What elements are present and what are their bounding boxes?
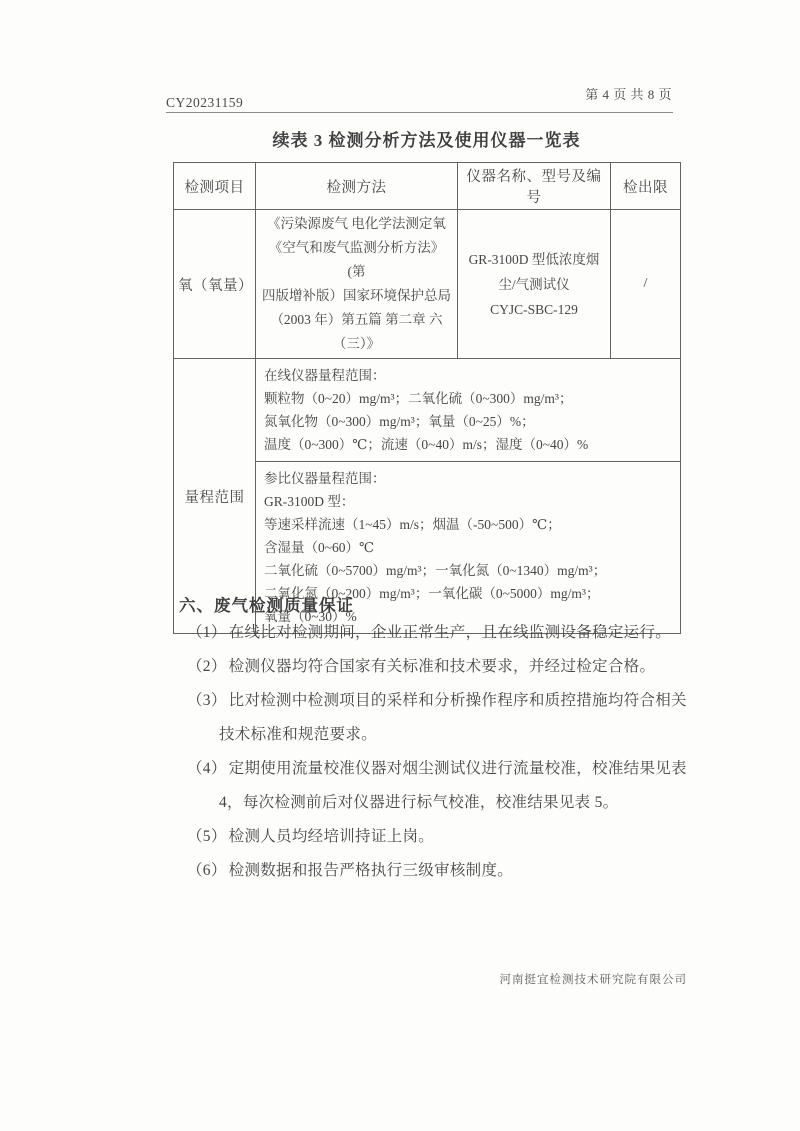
table-title: 续表 3 检测分析方法及使用仪器一览表 [173,126,680,151]
instrument-table-wrapper: 检测项目 检测方法 仪器名称、型号及编号 检出限 氧（氧量） 《污染源废气 电化… [173,162,681,634]
qa-list-item-2: （2）检测仪器均符合国家有关标准和技术要求，并经过检定合格。 [187,650,701,684]
item-text: 在线比对检测期间，企业正常生产，且在线监测设备稳定运行。 [229,624,671,641]
column-header-test-method: 检测方法 [256,163,458,210]
test-item-cell: 氧（氧量） [174,210,256,359]
item-number: （2） [187,658,227,675]
test-method-cell: 《污染源废气 电化学法测定氧 《空气和废气监测分析方法》(第 四版增补版）国家环… [256,210,458,359]
item-number: （6） [187,862,227,879]
item-text: 检测仪器均符合国家有关标准和技术要求，并经过检定合格。 [229,658,656,675]
item-text: 检测人员均经培训持证上岗。 [229,828,434,845]
table-row-oxygen: 氧（氧量） 《污染源废气 电化学法测定氧 《空气和废气监测分析方法》(第 四版增… [174,210,681,359]
item-number: （4） [187,760,227,777]
item-number: （5） [187,828,227,845]
instrument-cell: GR-3100D 型低浓度烟 尘/气测试仪 CYJC-SBC-129 [458,210,611,359]
qa-list-item-4: （4）定期使用流量校准仪器对烟尘测试仪进行流量校准，校准结果见表 4，每次检测前… [187,752,701,820]
page-indicator: 第 4 页 共 8 页 [166,84,672,103]
qa-list-item-5: （5）检测人员均经培训持证上岗。 [187,820,701,854]
table-header-row: 检测项目 检测方法 仪器名称、型号及编号 检出限 [174,163,681,210]
column-header-instrument: 仪器名称、型号及编号 [458,163,611,210]
header-divider [166,112,673,113]
online-range-cell: 在线仪器量程范围： 颗粒物（0~20）mg/m³；二氧化硫（0~300）mg/m… [256,359,681,462]
item-text: 检测数据和报告严格执行三级审核制度。 [229,862,513,879]
item-text: 比对检测中检测项目的采样和分析操作程序和质控措施均符合相关技术标准和规范要求。 [219,692,687,743]
company-footer: 河南挺宜检测技术研究院有限公司 [173,971,687,987]
qa-list: （1）在线比对检测期间，企业正常生产，且在线监测设备稳定运行。 （2）检测仪器均… [187,616,701,888]
qa-list-item-3: （3）比对检测中检测项目的采样和分析操作程序和质控措施均符合相关技术标准和规范要… [187,684,701,752]
column-header-test-item: 检测项目 [174,163,256,210]
detection-limit-cell: / [611,210,681,359]
item-text: 定期使用流量校准仪器对烟尘测试仪进行流量校准，校准结果见表 4，每次检测前后对仪… [219,760,687,811]
scanned-report-page: CY20231159 第 4 页 共 8 页 续表 3 检测分析方法及使用仪器一… [0,0,800,1131]
column-header-detection-limit: 检出限 [611,163,681,210]
item-number: （1） [187,624,227,641]
qa-section-heading: 六、废气检测质量保证 [179,592,354,616]
qa-list-item-1: （1）在线比对检测期间，企业正常生产，且在线监测设备稳定运行。 [187,616,701,650]
qa-list-item-6: （6）检测数据和报告严格执行三级审核制度。 [187,854,701,888]
item-number: （3） [187,692,227,709]
table-row-range-online: 量程范围 在线仪器量程范围： 颗粒物（0~20）mg/m³；二氧化硫（0~300… [174,359,681,462]
instrument-table: 检测项目 检测方法 仪器名称、型号及编号 检出限 氧（氧量） 《污染源废气 电化… [173,162,681,634]
